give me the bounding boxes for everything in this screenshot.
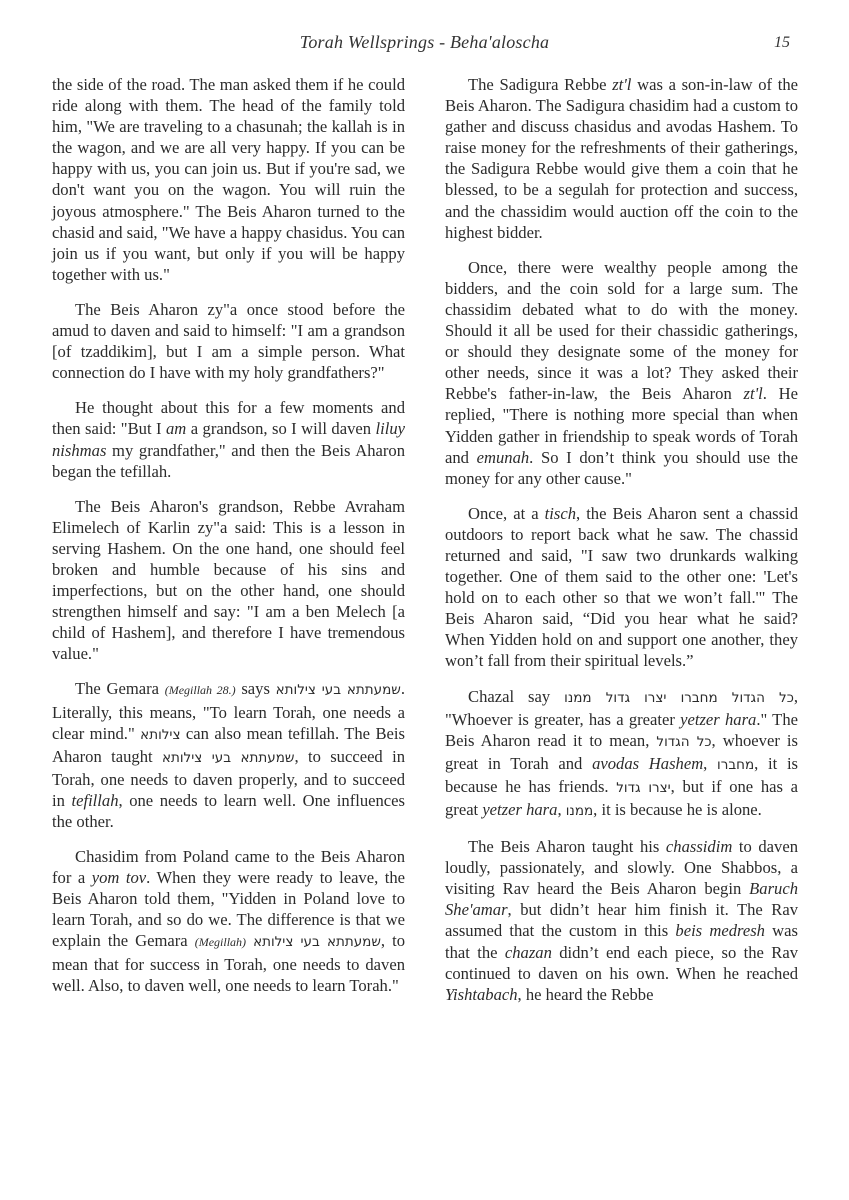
paragraph-text — [246, 931, 253, 950]
paragraph-text: The Beis Aharon taught his — [468, 837, 666, 856]
paragraph: The Beis Aharon taught his chassidim to … — [445, 836, 798, 1005]
paragraph-text: The Gemara — [75, 679, 165, 698]
paragraph-text: the side of the road. The man asked them… — [52, 75, 405, 284]
paragraph-text: Once, there were wealthy people among th… — [445, 258, 798, 404]
italic-term: zt'l — [612, 75, 631, 94]
paragraph-text: , it is because he is alone. — [593, 800, 762, 819]
italic-term: am — [166, 419, 186, 438]
italic-term: yetzer hara — [482, 800, 557, 819]
running-header-title: Torah Wellsprings - Beha'aloscha — [0, 32, 849, 53]
paragraph: the side of the road. The man asked them… — [52, 74, 405, 285]
paragraph-text: says — [236, 679, 276, 698]
paragraph: The Beis Aharon zy"a once stood before t… — [52, 299, 405, 383]
paragraph-text: Once, at a — [468, 504, 545, 523]
hebrew-quote: שמעתתא בעי צילותא — [162, 750, 295, 766]
source-reference: (Megillah 28.) — [165, 683, 236, 697]
paragraph-text: The Beis Aharon zy"a once stood before t… — [52, 300, 405, 382]
paragraph: The Sadigura Rebbe zt'l was a son-in-law… — [445, 74, 798, 243]
hebrew-quote: מחברו — [717, 757, 754, 773]
hebrew-quote: שמעתתא בעי צילותא — [276, 682, 401, 698]
italic-term: yetzer hara — [680, 710, 756, 729]
paragraph-text: , — [703, 754, 717, 773]
source-reference: (Megillah) — [195, 935, 246, 949]
paragraph-text: was a son-in-law of the Beis Aharon. The… — [445, 75, 798, 242]
paragraph: Once, at a tisch, the Beis Aharon sent a… — [445, 503, 798, 672]
hebrew-quote: שמעתתא בעי צילותא — [253, 934, 381, 950]
paragraph-text: Chazal say — [468, 687, 564, 706]
paragraph-text: , the Beis Aharon sent a chassid outdoor… — [445, 504, 798, 671]
italic-term: chazan — [505, 943, 552, 962]
right-column: The Sadigura Rebbe zt'l was a son-in-law… — [445, 74, 798, 1019]
italic-term: Yishtabach — [445, 985, 518, 1004]
paragraph: Chasidim from Poland came to the Beis Ah… — [52, 846, 405, 996]
paragraph-text: The Beis Aharon's grandson, Rebbe Avraha… — [52, 497, 405, 664]
paragraph-text: , he heard the Rebbe — [518, 985, 654, 1004]
italic-term: avodas Hashem — [592, 754, 703, 773]
running-header: Torah Wellsprings - Beha'aloscha 15 — [0, 30, 849, 56]
hebrew-quote: כל הגדול — [656, 734, 711, 750]
paragraph: Chazal say כל הגדול מחברו יצרו גדול ממנו… — [445, 686, 798, 823]
hebrew-quote: יצרו גדול — [616, 780, 670, 796]
paragraph: He thought about this for a few moments … — [52, 397, 405, 481]
hebrew-quote: ממנו — [566, 803, 593, 819]
hebrew-quote: צילותא — [140, 727, 180, 743]
italic-term: zt'l — [744, 384, 763, 403]
italic-term: beis medresh — [675, 921, 765, 940]
left-column: the side of the road. The man asked them… — [52, 74, 405, 1010]
italic-term: tisch — [545, 504, 576, 523]
italic-term: tefillah — [71, 791, 118, 810]
italic-term: emunah — [477, 448, 530, 467]
italic-term: yom tov — [92, 868, 146, 887]
paragraph: The Gemara (Megillah 28.) says שמעתתא בע… — [52, 678, 405, 832]
paragraph: The Beis Aharon's grandson, Rebbe Avraha… — [52, 496, 405, 665]
paragraph-text: The Sadigura Rebbe — [468, 75, 612, 94]
paragraph-text: a grandson, so I will daven — [186, 419, 375, 438]
italic-term: chassidim — [666, 837, 732, 856]
page-number: 15 — [774, 34, 790, 52]
paragraph: Once, there were wealthy people among th… — [445, 257, 798, 489]
paragraph-text: , — [557, 800, 565, 819]
hebrew-quote: כל הגדול מחברו יצרו גדול ממנו — [564, 690, 794, 706]
